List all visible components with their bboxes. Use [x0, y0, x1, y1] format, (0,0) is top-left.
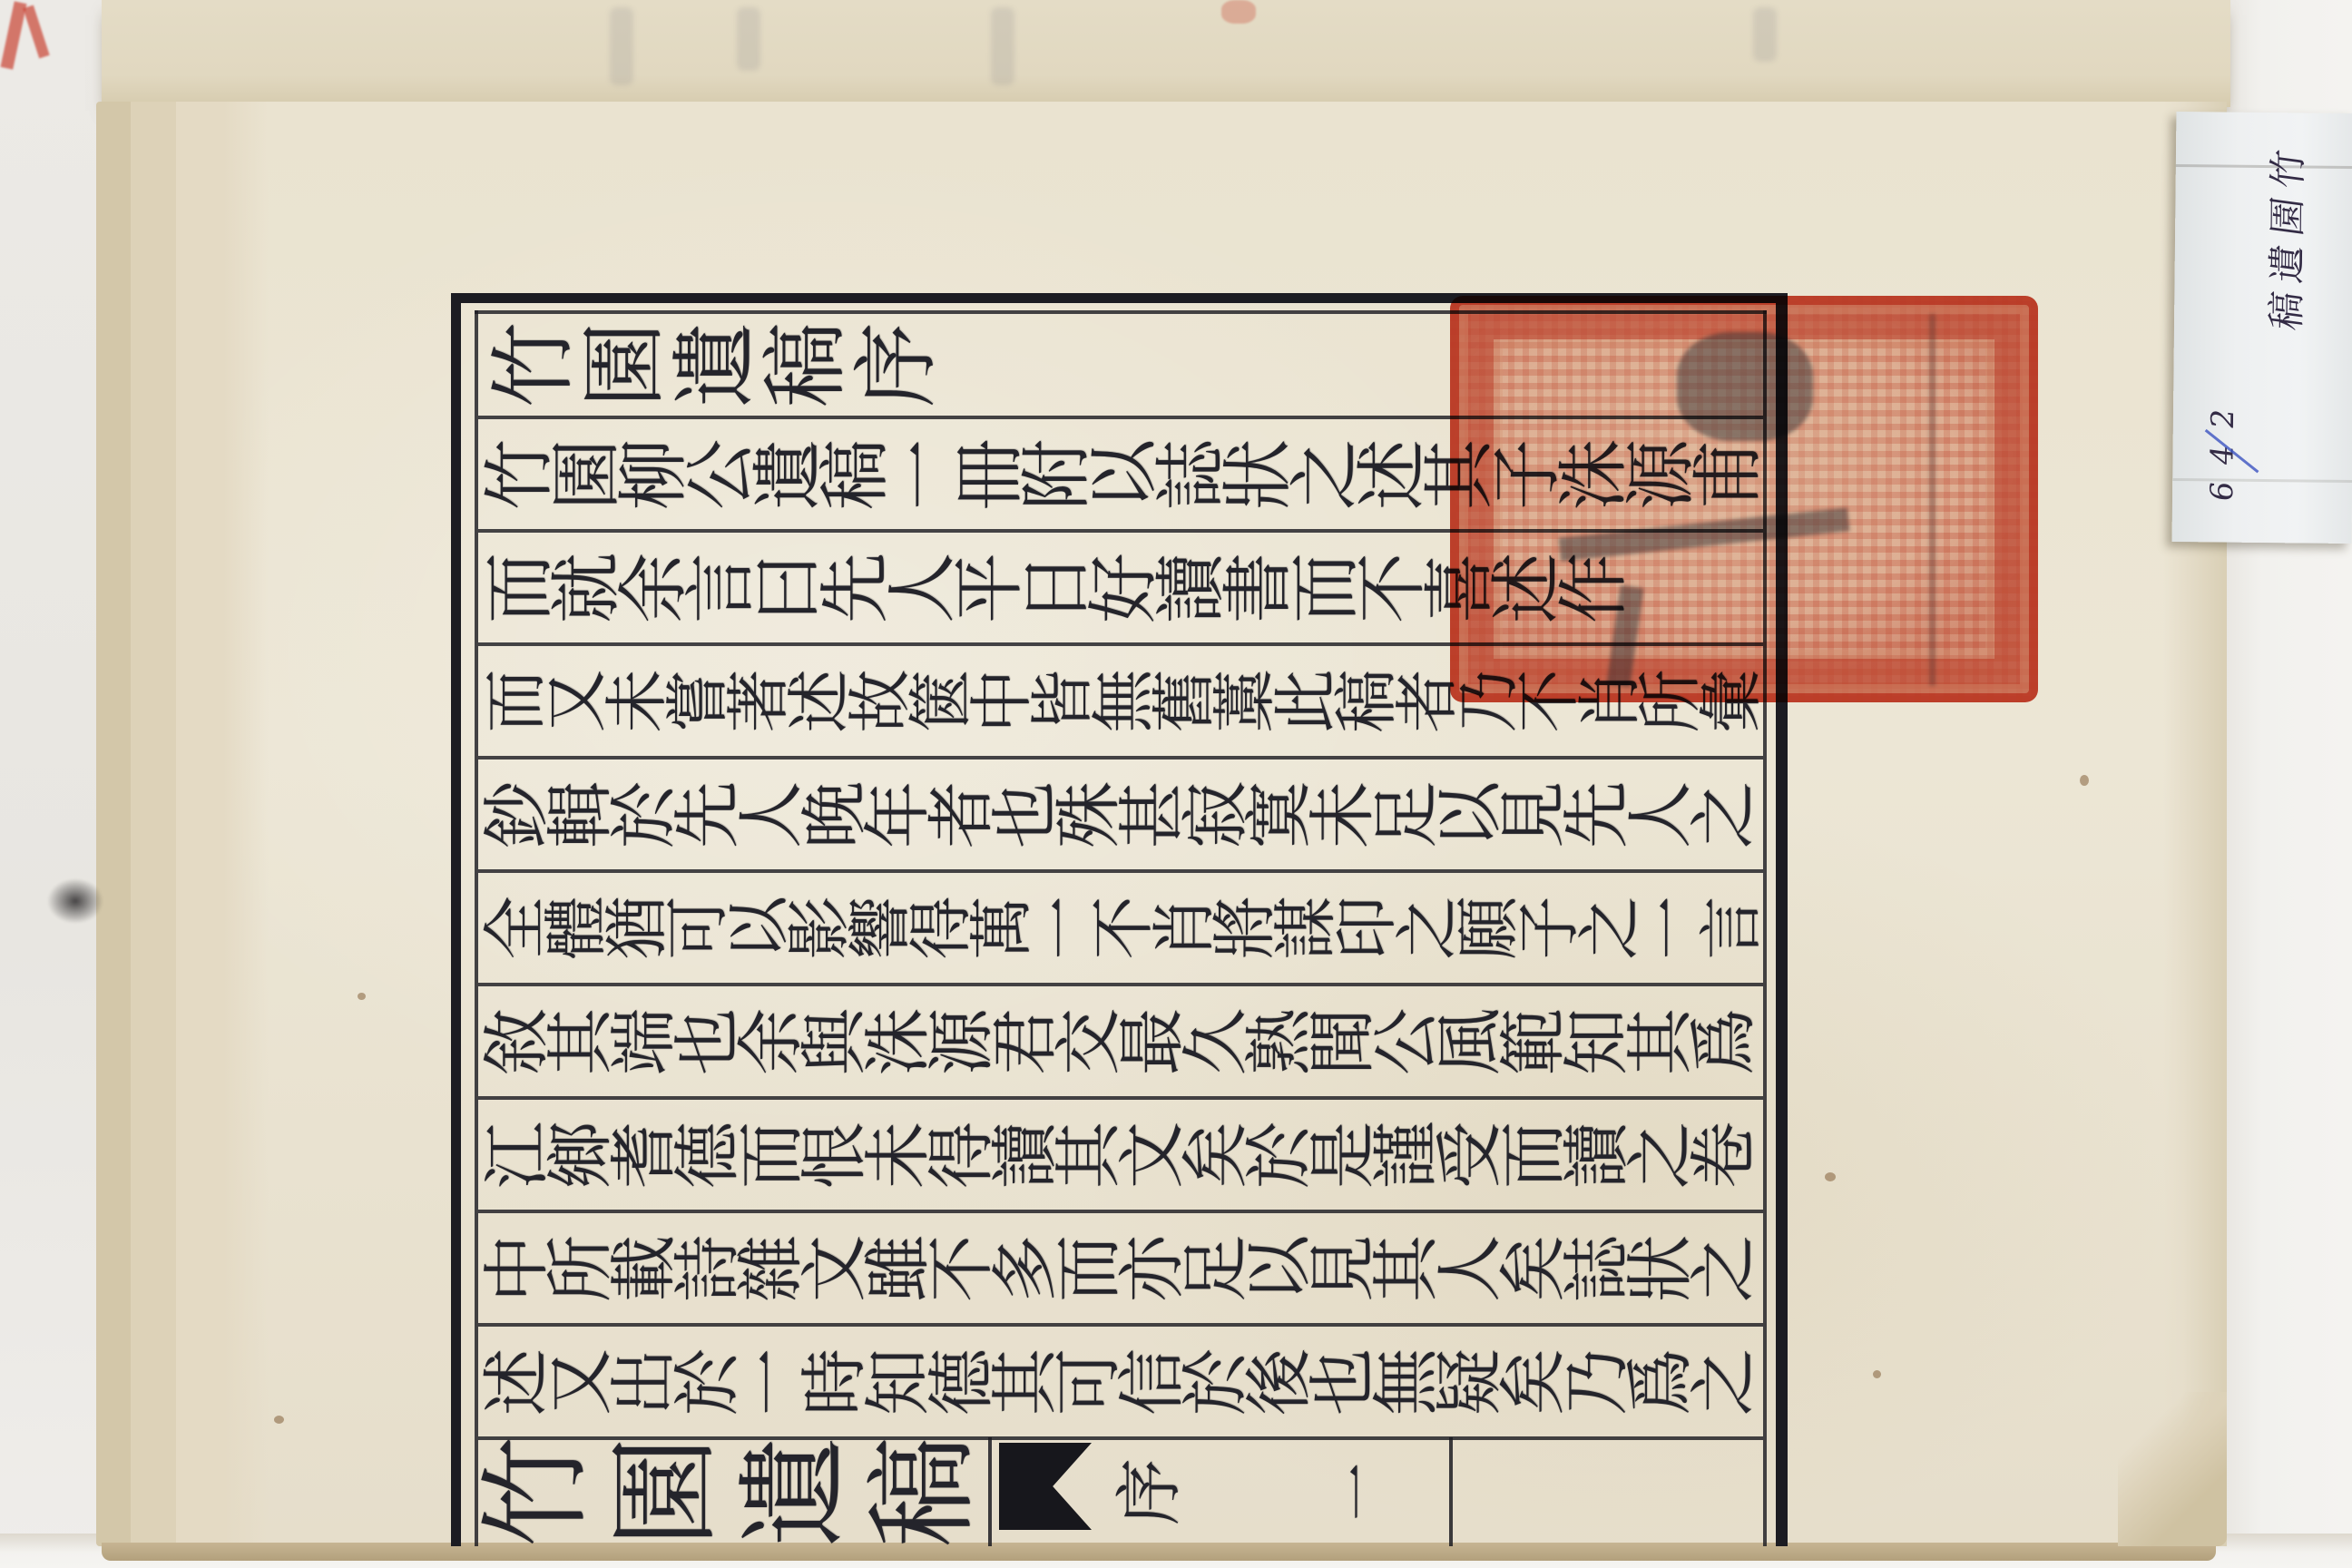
banxin-divider [1449, 1437, 1453, 1546]
handwritten-paper-slip: 竹園遺稿 246 [2172, 112, 2352, 544]
age-spot [2080, 775, 2089, 786]
glyph: 稿 [2260, 287, 2308, 335]
ink-smear [1606, 585, 1643, 688]
text-column: 述又出於一時知德其可信於後也無疑矣乃爲之 [478, 1327, 1763, 1440]
red-collector-seal [1450, 296, 2038, 702]
glyph: 之 [1687, 1237, 1750, 1300]
curled-corner [2118, 1392, 2227, 1546]
red-pencil-mark [23, 5, 49, 59]
banxin-divider [988, 1437, 992, 1546]
text-column: 鈔輯於先人晚年者也殊甚寂寞未足以見先人之 [478, 759, 1763, 873]
ink-smear [1677, 332, 1813, 441]
previous-page-flap [102, 0, 2230, 107]
glyph: 爲 [1687, 1010, 1750, 1073]
ink-bleed-mark [991, 7, 1014, 85]
text-column: 中所載詩雜文雖不多而亦足以見其人矣誌狀之 [478, 1213, 1763, 1327]
text-column: 江鄉耆德而恨未得讀其文矣於是謹受而讀之卷 [478, 1100, 1763, 1213]
banxin-section-label: 序 [1106, 1437, 1182, 1546]
center-fold-strip: 竹園遺稿 序 一 [451, 1437, 1788, 1546]
glyph: 之 [1687, 1350, 1750, 1414]
glyph: 卷 [1687, 1123, 1750, 1187]
ink-smear [1559, 507, 1850, 561]
photo-of-book-page: 竹園遺稿序竹園柳公遺稿一冊附以誌狀之述其子洙源甫而就余言曰先人平日好讀書而不喜述… [0, 0, 2352, 1568]
age-spot [1825, 1172, 1836, 1181]
age-spot [1873, 1370, 1881, 1378]
glyph: 一 [1324, 1460, 1387, 1524]
page-edge-stack-left [96, 102, 269, 1546]
age-spot [358, 993, 366, 1000]
glyph: 竹 [2262, 145, 2309, 193]
frame-border-left-outer [451, 293, 461, 1546]
banxin-page-number: 一 [1324, 1437, 1387, 1546]
ink-bleed-mark [1753, 7, 1777, 62]
glyph: 稿 [862, 1427, 964, 1546]
glyph: 遺 [733, 1427, 835, 1546]
glyph: 園 [604, 1427, 706, 1546]
glyph: 序 [1106, 1454, 1182, 1530]
slip-handwriting-line1: 竹園遺稿 [2263, 145, 2307, 334]
glyph: 園 [2261, 192, 2308, 240]
glyph: 序 [843, 319, 934, 410]
ink-bleed-mark [737, 7, 760, 71]
ink-smudge [47, 878, 103, 924]
red-pencil-mark [0, 1, 26, 69]
age-spot [274, 1416, 284, 1424]
slip-crease [2172, 478, 2352, 483]
red-pencil-mark [1221, 0, 1256, 24]
ink-bleed-mark [610, 7, 633, 85]
text-column: 全體猶可以影響得萬一不肖將謀印之願子之一言 [478, 873, 1763, 986]
glyph: 言 [1696, 897, 1757, 958]
glyph: 竹 [475, 1427, 577, 1546]
text-column: 敘其端也余與洙源君交最久熟聞公風範知其爲 [478, 986, 1763, 1100]
ink-smear [1929, 314, 1935, 686]
glyph: 6 [2204, 472, 2240, 511]
glyph: 之 [1687, 783, 1750, 847]
fishtail-ornament-icon [999, 1443, 1092, 1530]
banxin-book-title: 竹園遺稿 [462, 1437, 977, 1546]
glyph: 遺 [2261, 240, 2308, 288]
